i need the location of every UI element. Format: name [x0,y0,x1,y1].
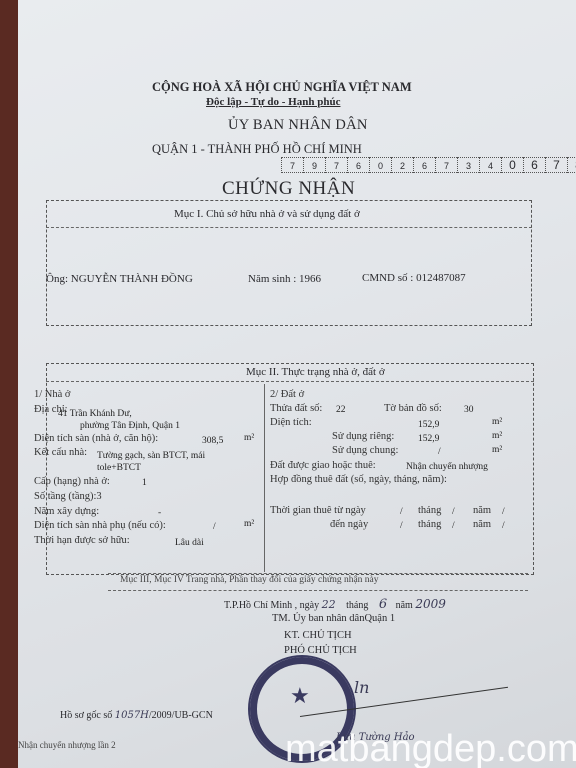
vice-chairman: PHÓ CHỦ TỊCH [284,645,357,656]
record-label: Hồ sơ gốc số [60,710,112,721]
sign-month: 6 [379,597,387,612]
kt-chairman: KT. CHỦ TỊCH [284,630,352,641]
divider [46,227,532,228]
year-built-label: Năm xây dựng: [34,506,99,517]
on-behalf-district: Quận 1 [364,613,395,624]
owner-label: Ông: [46,273,68,285]
serial-digit: 6 [347,157,369,173]
column-divider [264,384,265,572]
birth-year: 1966 [299,273,321,285]
lease-to-day: / [400,521,403,531]
serial-digit: 6 [523,157,545,173]
land-title: 2/ Đất ở [270,389,304,400]
ownership-term-value: Lâu dài [175,538,204,548]
ownership-term-label: Thời hạn được sở hữu: [34,535,130,546]
id-label: CMND số : [362,272,413,284]
id-number: 012487087 [416,272,466,284]
aux-area-value: / [213,522,216,532]
serial-digit: 2 [391,157,413,173]
birth-row: Năm sinh : 1966 [248,273,321,285]
lease-from-year: / [502,507,505,517]
serial-number: 7 9 7 6 0 2 6 7 3 4 0 6 7 8 7 [281,157,576,173]
floor-area-label: Diện tích sàn (nhà ở, căn hộ): [34,433,158,444]
serial-digit: 0 [369,157,391,173]
map-sheet-label: Tờ bản đồ số: [384,403,442,414]
serial-digit: 8 [567,157,576,173]
watermark: matbangdep.com [285,728,576,768]
serial-digit: 9 [303,157,325,173]
serial-digit: 7 [545,157,567,173]
aux-area-label: Diện tích sàn nhà phụ (nếu có): [34,520,166,531]
footer-note: Mục III, Mục IV Trang nhà, Phần thay đổi… [120,575,379,585]
structure-line-1: Tường gạch, sàn BTCT, mái [97,451,205,461]
floors-row: Số tầng (tầng):3 [34,491,102,502]
year-built-value: - [158,508,161,518]
grade-value: 1 [142,478,147,488]
lease-from-year-label: năm [473,505,491,516]
transfer-note: Nhận chuyển nhượng lần 2 [18,740,116,750]
country-name: CỘNG HOÀ XÃ HỘI CHỦ NGHĨA VIỆT NAM [152,80,412,95]
star-icon: ★ [290,683,310,709]
lease-to-year: / [502,521,505,531]
address-line-1: 41 Trần Khánh Dư, [58,409,132,419]
floor-area-unit: m² [244,433,254,443]
owner-row: Ông: NGUYỄN THÀNH ĐỒNG [46,273,193,285]
section-2-heading: Mục II. Thực trạng nhà ở, đất ở [246,366,385,378]
private-use-value: 152,9 [418,434,439,444]
lease-to-label: đến ngày [330,519,368,530]
section-1-heading: Mục I. Chủ sở hữu nhà ở và sử dụng đất ở [174,208,360,220]
map-sheet-value: 30 [464,405,474,415]
authority-name: ỦY BAN NHÂN DÂN [228,117,368,134]
structure-line-2: tole+BTCT [97,463,141,473]
address-line-2: phường Tân Định, Quận 1 [80,421,180,431]
lease-to-month: / [452,521,455,531]
sign-year: 2009 [415,597,446,611]
divider [108,590,528,591]
floor-area-value: 308,5 [202,436,223,446]
lease-to-month-label: tháng [418,519,441,530]
shared-use-label: Sử dụng chung: [332,445,398,456]
serial-digit: 7 [325,157,347,173]
allocation-value: Nhận chuyển nhượng [406,462,488,472]
certificate-page: CỘNG HOÀ XÃ HỘI CHỦ NGHĨA VIỆT NAM Độc l… [18,0,576,768]
district-name: QUẬN 1 - THÀNH PHỐ HỒ CHÍ MINH [152,142,362,157]
place-date: T.P.Hồ Chí Minh , ngày 22 tháng 6 năm 20… [224,597,446,612]
house-title: 1/ Nhà ở [34,389,70,400]
national-motto: Độc lập - Tự do - Hạnh phúc [206,96,340,108]
record-value: 1057H [115,710,149,721]
certificate-title: CHỨNG NHẬN [222,178,355,200]
record-suffix: /2009/UB-GCN [149,710,213,721]
private-use-unit: m² [492,431,502,441]
floors-label: Số tầng (tầng): [34,491,96,502]
place-date-prefix: T.P.Hồ Chí Minh , ngày [224,600,319,611]
birth-label: Năm sinh : [248,273,296,285]
serial-digit: 7 [281,157,303,173]
plot-value: 22 [336,405,346,415]
divider [46,381,534,382]
signature-scribble: ln [354,678,369,697]
serial-digit: 4 [479,157,501,173]
lease-from-label: Thời gian thuê từ ngày [270,505,366,516]
id-row: CMND số : 012487087 [362,272,466,284]
private-use-label: Sử dụng riêng: [332,431,394,442]
on-behalf: TM. Ủy ban nhân dânQuận 1 [272,613,395,624]
lease-to-year-label: năm [473,519,491,530]
record-number: Hồ sơ gốc số 1057H/2009/UB-GCN [60,710,213,721]
grade-label: Cấp (hạng) nhà ở: [34,476,110,487]
serial-digit: 6 [413,157,435,173]
divider [108,573,528,574]
owner-name: NGUYỄN THÀNH ĐỒNG [71,273,193,285]
floors-value: 3 [96,491,101,502]
month-label: tháng [346,600,368,611]
on-behalf-label: TM. Ủy ban nhân dân [272,613,364,624]
lease-contract-label: Hợp đồng thuê đất (số, ngày, tháng, năm)… [270,474,447,485]
serial-digit: 0 [501,157,523,173]
structure-label: Kết cấu nhà: [34,447,87,458]
serial-digit: 3 [457,157,479,173]
plot-label: Thửa đất số: [270,403,322,414]
year-label: năm [396,600,413,611]
shared-use-value: / [438,447,441,457]
sign-day: 22 [322,598,336,611]
allocation-label: Đất được giao hoặc thuê: [270,460,376,471]
lease-from-day: / [400,507,403,517]
shared-use-unit: m² [492,445,502,455]
aux-area-unit: m² [244,519,254,529]
land-area-unit: m² [492,417,502,427]
serial-digit: 7 [435,157,457,173]
lease-from-month-label: tháng [418,505,441,516]
lease-from-month: / [452,507,455,517]
land-area-label: Diện tích: [270,417,312,428]
land-area-value: 152,9 [418,420,439,430]
